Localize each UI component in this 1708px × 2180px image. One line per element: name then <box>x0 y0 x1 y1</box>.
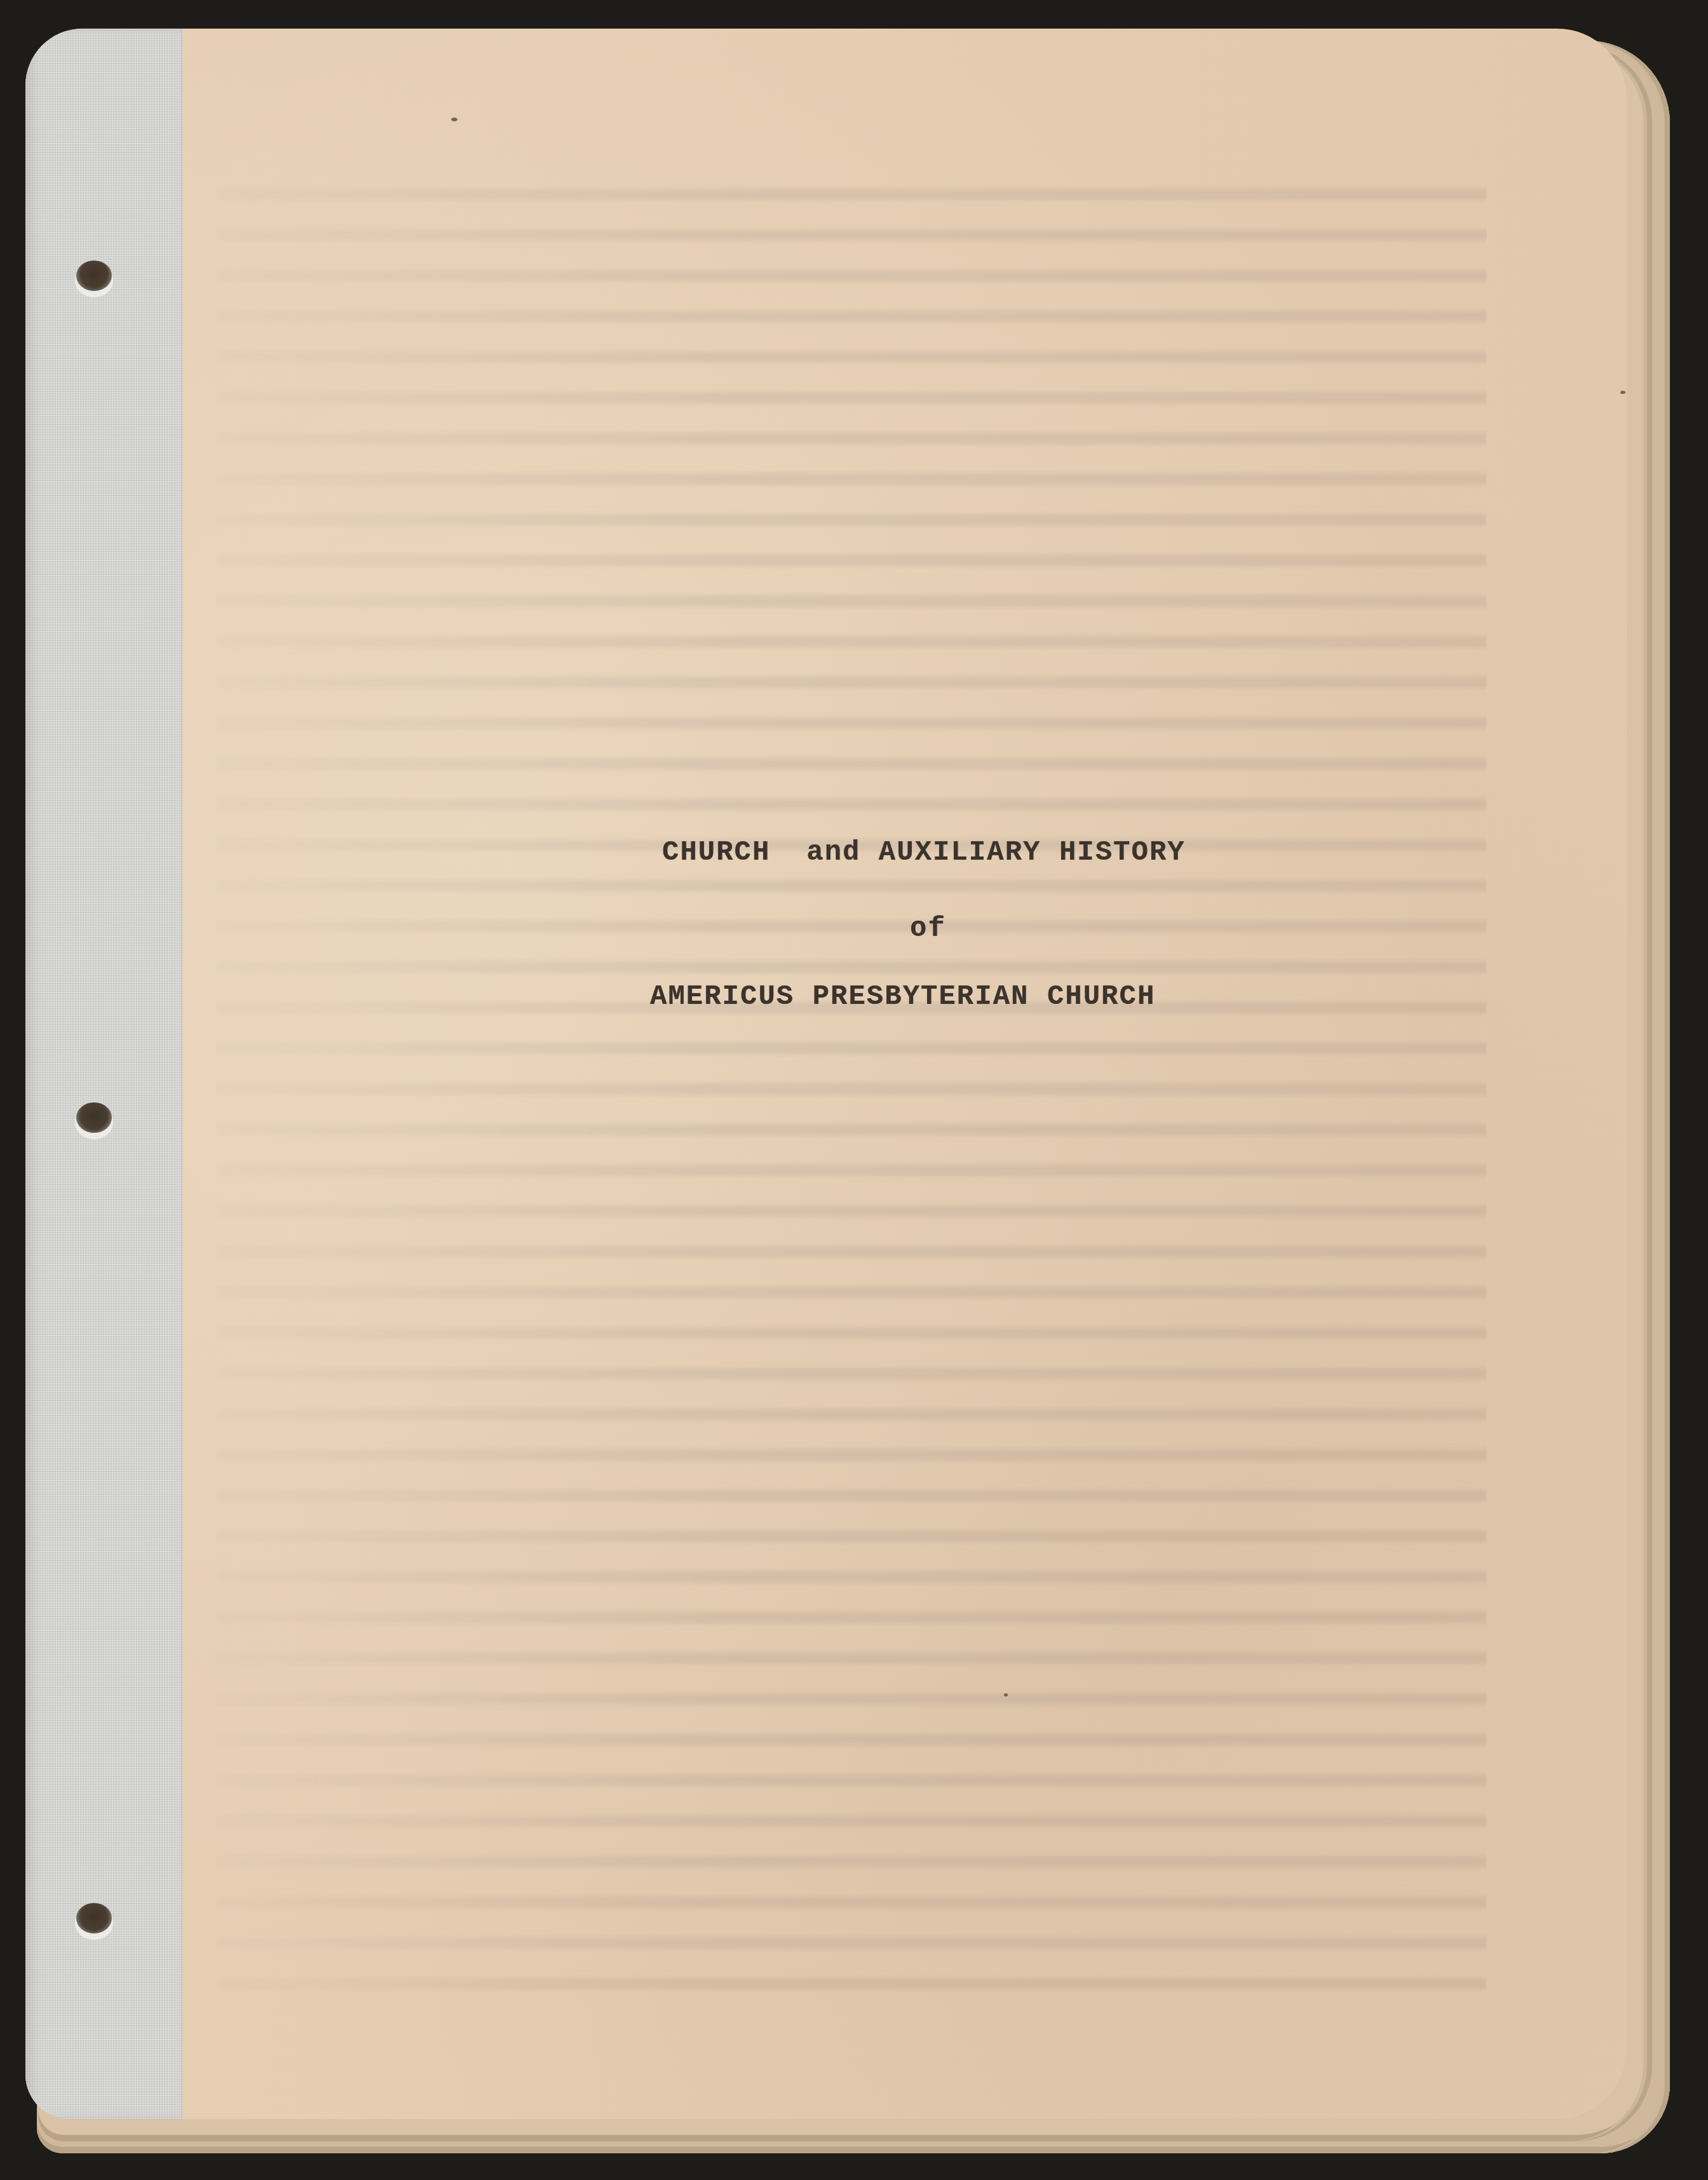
bleed-through-text <box>216 175 1487 2017</box>
binding-tape <box>25 29 182 2119</box>
paper-speck <box>1620 391 1625 394</box>
title-page: CHURCH and AUXILIARY HISTORY of AMERICUS… <box>25 29 1627 2119</box>
paper-speck <box>451 118 457 121</box>
punch-hole-icon <box>76 261 112 291</box>
paper-speck <box>1004 1693 1008 1696</box>
punch-hole-icon <box>76 1102 112 1133</box>
title-line-1: CHURCH and AUXILIARY HISTORY <box>662 839 1234 867</box>
title-line-2: of <box>910 915 1482 943</box>
title-line-3: AMERICUS PRESBYTERIAN CHURCH <box>650 983 1222 1011</box>
punch-hole-icon <box>76 1903 112 1933</box>
